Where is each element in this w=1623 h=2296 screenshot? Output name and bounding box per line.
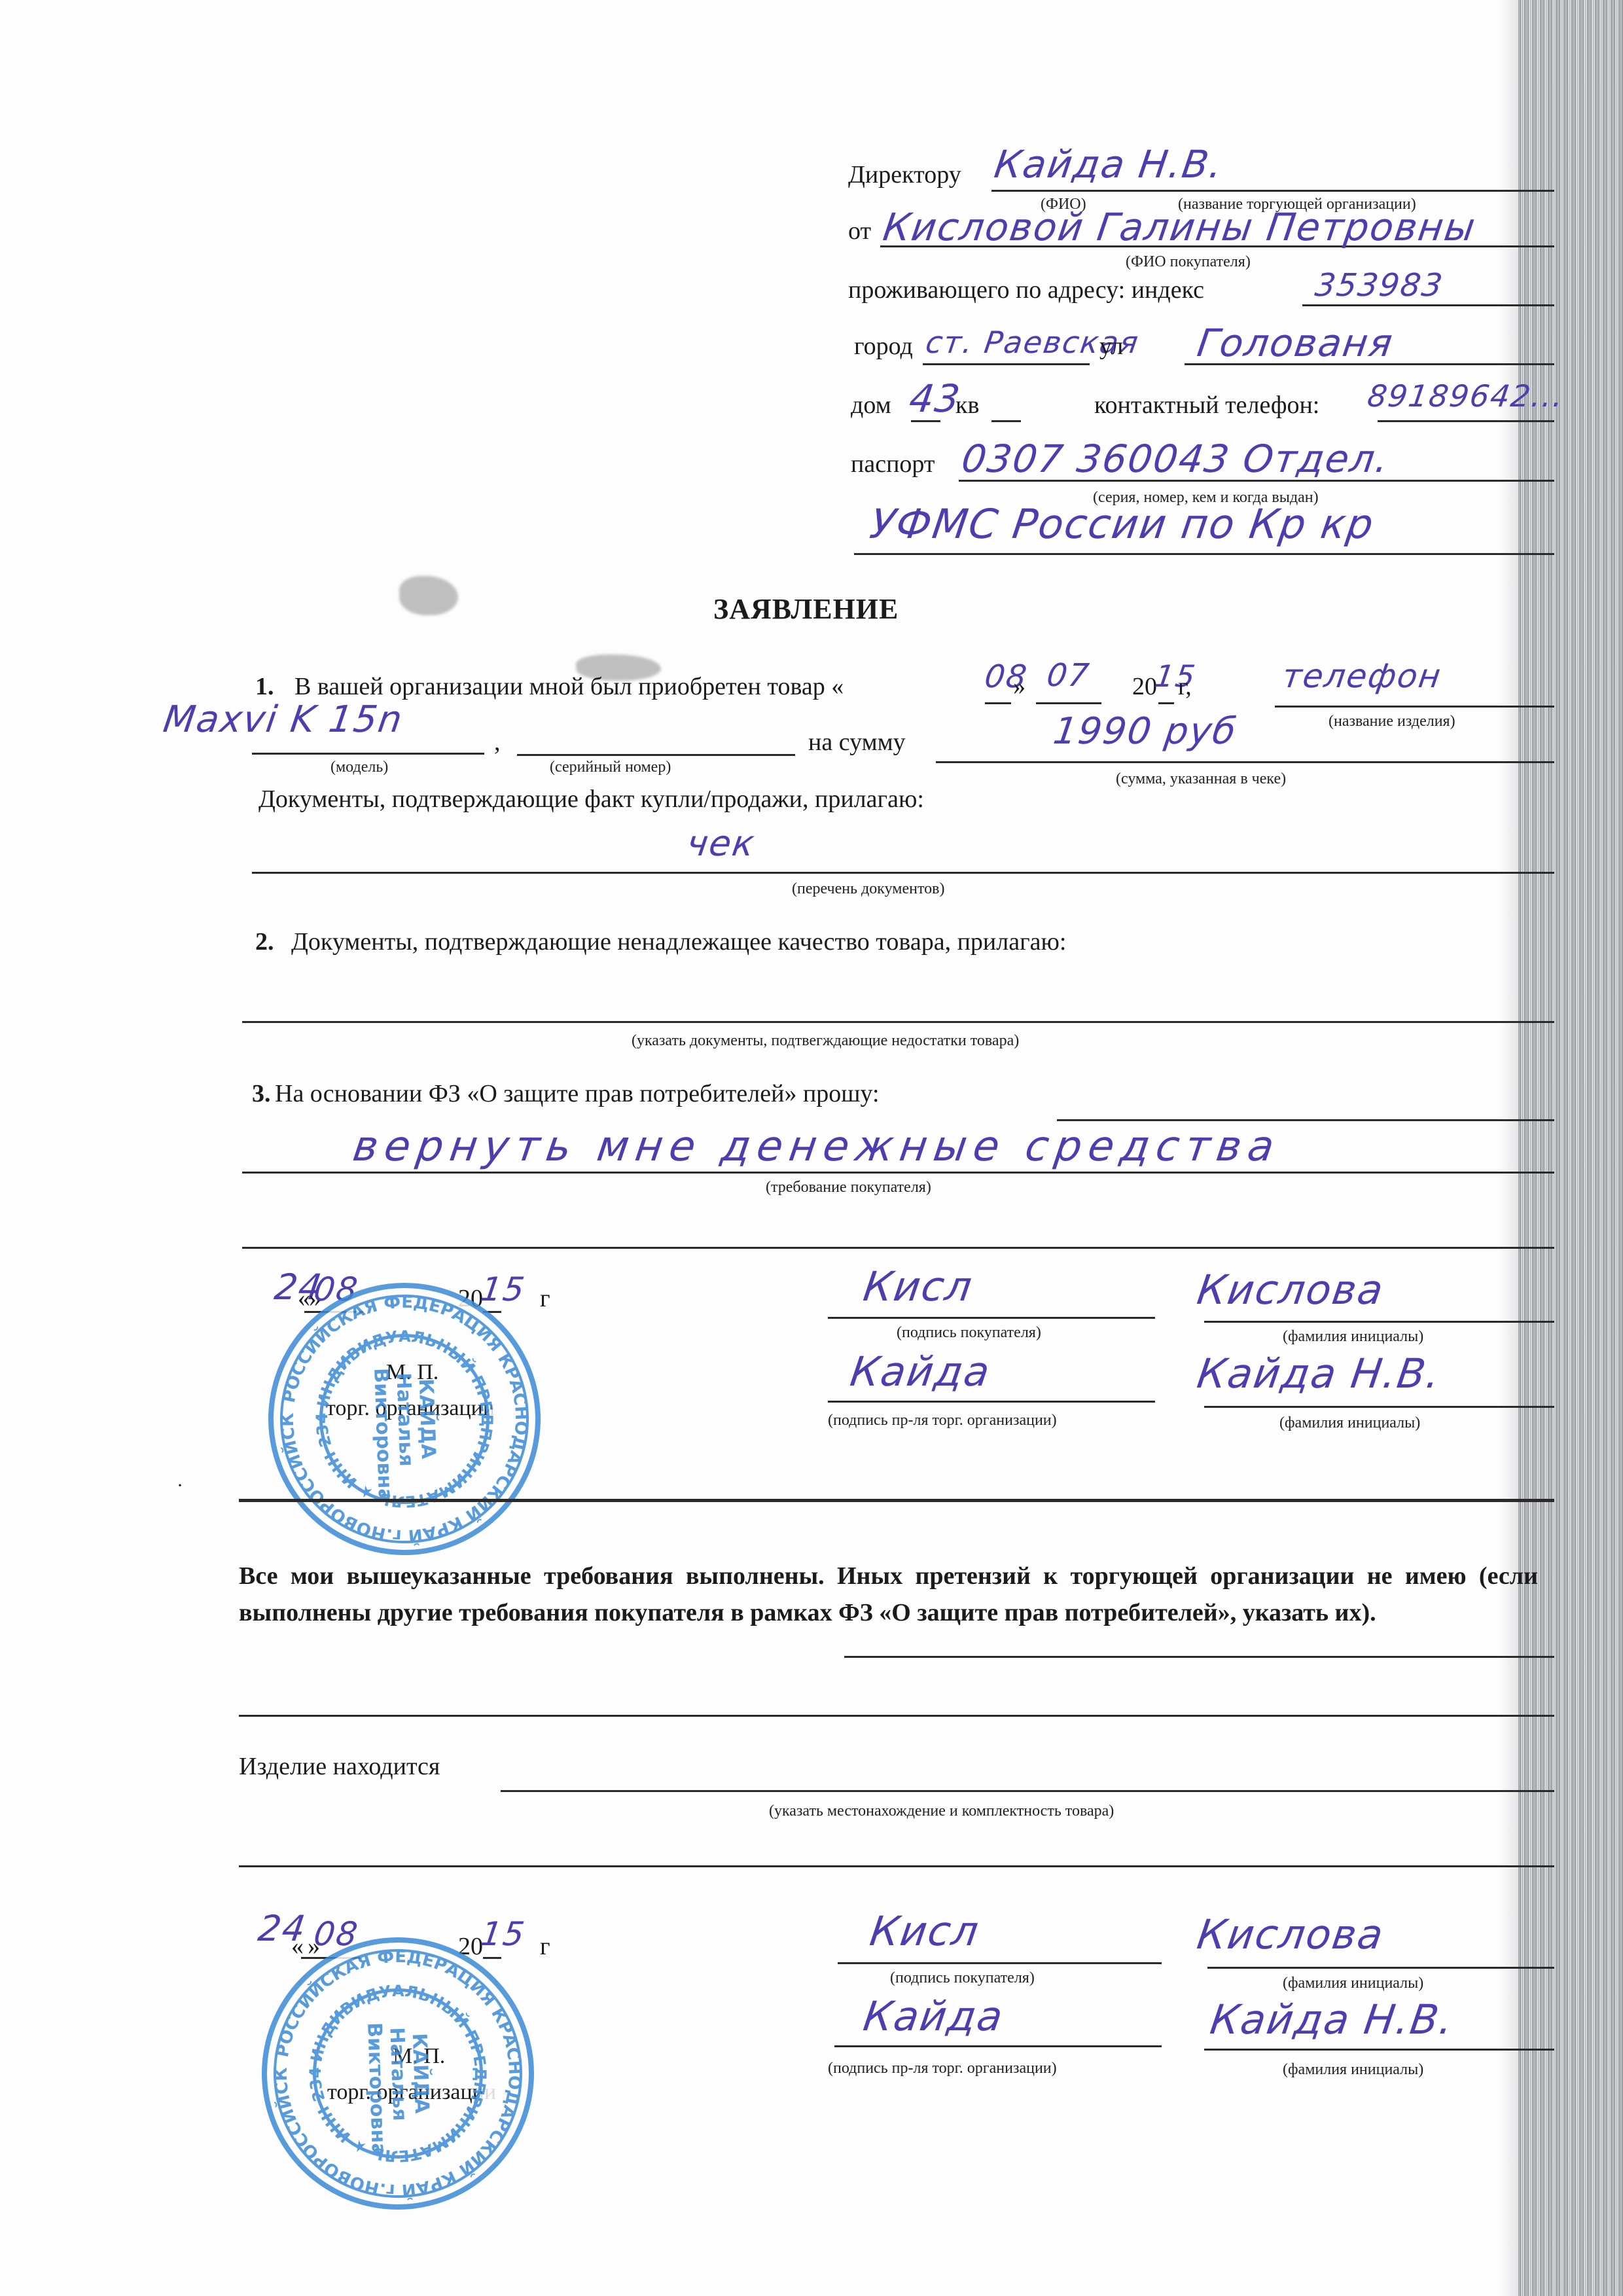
signoff1-seller-sig-line [828, 1401, 1155, 1403]
location-label: Изделие находится [239, 1754, 440, 1779]
page-title: ЗАЯВЛЕНИЕ [713, 592, 899, 626]
apt-label: кв [955, 393, 979, 418]
signoff1-seller-name-line [1204, 1406, 1554, 1408]
sum-field-line [936, 761, 1554, 763]
signoff2-buyer-signature[interactable]: Кисл [868, 1911, 982, 1952]
phone-value[interactable]: 89189642... [1366, 381, 1566, 411]
street-value[interactable]: Голованя [1195, 324, 1396, 362]
section3-number: 3. [252, 1081, 271, 1106]
section2-field-line [242, 1021, 1554, 1023]
signoff1-seller-name[interactable]: Кайда Н.В. [1195, 1354, 1444, 1394]
signoff1-buyer-sig-line [828, 1317, 1155, 1319]
docs-label: Документы, подтверждающие факт купли/про… [259, 787, 924, 812]
signoff2-buyer-name[interactable]: Кислова [1195, 1914, 1387, 1955]
purchase-month[interactable]: 07 [1045, 660, 1092, 691]
director-field-line [991, 190, 1554, 192]
sum-value[interactable]: 1990 руб [1051, 713, 1239, 750]
docs-field-line [252, 872, 1554, 874]
index-value[interactable]: 353983 [1313, 270, 1446, 301]
address-label: проживающего по адресу: индекс [848, 278, 1204, 302]
house-value[interactable]: 43 [907, 380, 963, 418]
signoff2-year-label: г [540, 1934, 550, 1959]
section2-text: Документы, подтверждающие ненадлежащее к… [291, 929, 1066, 954]
passport-field-line-2 [854, 553, 1554, 555]
passport-label: паспорт [851, 452, 935, 476]
signoff2-seller-signature[interactable]: Кайда [861, 1996, 1007, 2037]
section3-field-line-3 [242, 1247, 1554, 1249]
signoff2-seller-sig-caption: (подпись пр-ля торг. организации) [828, 2060, 1057, 2076]
signoff2-year-suffix[interactable]: 15 [478, 1918, 527, 1950]
index-field-line [1302, 304, 1554, 306]
day-field-line [985, 702, 1011, 704]
location-caption: (указать местонахождение и комплектность… [769, 1803, 1114, 1819]
signoff1-buyer-sig-caption: (подпись покупателя) [897, 1325, 1041, 1340]
document-page: Директору Кайда Н.В. (ФИО) (название тор… [0, 0, 1623, 2296]
signoff2-seller-name-caption: (фамилия инициалы) [1283, 2062, 1423, 2077]
city-label: город [854, 334, 913, 359]
signoff1-seller-sig-caption: (подпись пр-ля торг. организации) [828, 1412, 1057, 1428]
completion-field-line-1 [844, 1656, 1554, 1658]
stamp-name: КАЙДА Наталья Викторовна [369, 1366, 440, 1473]
section-divider [239, 1499, 1554, 1502]
model-field-line [252, 753, 484, 755]
signoff1-buyer-name-line [1204, 1321, 1554, 1323]
sum-caption: (сумма, указанная в чеке) [1116, 771, 1286, 787]
sum-label: на сумму [808, 730, 906, 755]
comma: , [494, 730, 501, 755]
phone-field-line [1378, 420, 1554, 422]
house-label: дом [851, 393, 891, 418]
from-label: от [848, 219, 871, 243]
docs-caption: (перечень документов) [792, 881, 944, 897]
signoff2-seller-name[interactable]: Кайда Н.В. [1208, 2000, 1457, 2040]
completion-field-line-2 [239, 1715, 1554, 1717]
signoff1-buyer-signature[interactable]: Кисл [861, 1266, 976, 1307]
signoff2-buyer-name-caption: (фамилия инициалы) [1283, 1975, 1423, 1991]
location-field-line-2 [239, 1865, 1554, 1867]
signoff2-seller-sig-line [834, 2045, 1162, 2047]
section3-field-line-2 [242, 1172, 1554, 1174]
section1-number: 1. [255, 674, 274, 699]
director-label: Директору [848, 162, 961, 187]
stamp-name: КАЙДА Наталья Викторовна [363, 2020, 433, 2127]
section1-text: В вашей организации мной был приобретен … [294, 674, 844, 699]
smudge-mark [399, 576, 458, 615]
phone-label: контактный телефон: [1094, 393, 1319, 418]
section2-number: 2. [255, 929, 274, 954]
location-field-line [501, 1790, 1554, 1792]
signoff2-buyer-sig-line [838, 1962, 1162, 1964]
city-field-line [923, 363, 1090, 365]
dot-mark: · [177, 1476, 183, 1496]
section3-field-line-1 [1057, 1119, 1554, 1121]
serial-field-line [517, 754, 795, 756]
signoff1-buyer-name[interactable]: Кислова [1195, 1270, 1387, 1310]
signoff2-buyer-name-line [1207, 1967, 1554, 1969]
completion-statement: Все мои вышеуказанные требования выполне… [239, 1558, 1538, 1631]
section2-caption: (указать документы, подтвегждающие недос… [632, 1033, 1019, 1049]
serial-caption: (серийный номер) [550, 759, 671, 775]
company-stamp: РОССИЙСКАЯ ФЕДЕРАЦИЯ КРАСНОДАРСКИЙ КРАЙ … [251, 1265, 558, 1573]
passport-value-line2[interactable]: УФМС России по Кр кр [868, 504, 1377, 545]
buyer-fio-caption: (ФИО покупателя) [1126, 254, 1251, 270]
signoff1-buyer-name-caption: (фамилия инициалы) [1283, 1329, 1423, 1344]
month-field-line [1036, 702, 1101, 704]
signoff1-seller-signature[interactable]: Кайда [848, 1352, 993, 1392]
product-field-line [1275, 706, 1554, 708]
docs-value[interactable]: чек [685, 826, 757, 861]
section3-caption: (требование покупателя) [766, 1179, 931, 1195]
year-label: г, [1178, 674, 1192, 699]
director-value[interactable]: Кайда Н.В. [992, 145, 1226, 183]
signoff2-buyer-sig-caption: (подпись покупателя) [890, 1970, 1035, 1986]
quote-close: » [1013, 674, 1026, 699]
paper-stack-edge [1518, 0, 1623, 2296]
product-value[interactable]: телефон [1280, 660, 1444, 692]
passport-value-line1[interactable]: 0307 360043 Отдел. [959, 440, 1392, 478]
year-field-line [1158, 702, 1174, 704]
from-value[interactable]: Кисловой Галины Петровны [881, 208, 1478, 246]
signoff2-seller-name-line [1204, 2049, 1554, 2051]
model-caption: (модель) [330, 759, 388, 775]
product-caption: (название изделия) [1329, 713, 1455, 729]
company-stamp-2: РОССИЙСКАЯ ФЕДЕРАЦИЯ КРАСНОДАРСКИЙ КРАЙ … [244, 1920, 552, 2227]
street-label: ул [1099, 334, 1123, 359]
apt-field-line [991, 420, 1021, 422]
section3-text: На основании ФЗ «О защите прав потребите… [275, 1081, 880, 1106]
section3-value[interactable]: вернуть мне денежные средства [351, 1126, 1283, 1168]
signoff1-seller-name-caption: (фамилия инициалы) [1279, 1415, 1420, 1431]
model-value[interactable]: Maxvi K 15n [161, 702, 405, 738]
